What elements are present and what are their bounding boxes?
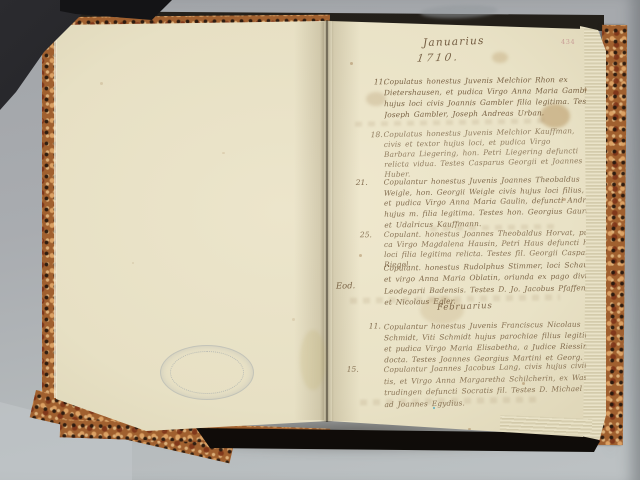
entry-day-number: 21. xyxy=(356,178,368,187)
month-header-januarius: Januarius xyxy=(423,35,485,49)
register-entry: 11. Copulatus honestus Juvenis Melchior … xyxy=(384,75,587,121)
register-entry: 21. Copulantur honestus Juvenis Joannes … xyxy=(384,174,587,231)
folio-number: 434 xyxy=(561,38,575,46)
entry-line: Joseph Gambler, Joseph Andreas Urban. xyxy=(384,107,586,120)
register-entry: 11. Copulantur honestus Juvenis Francisc… xyxy=(384,319,587,366)
year-heading: 1710. xyxy=(416,51,460,64)
entry-day-number: 15. xyxy=(347,365,359,374)
manuscript-text: Januarius 1710. 434 11. Copulatus honest… xyxy=(0,0,640,480)
entry-day-number: 11. xyxy=(369,321,381,330)
register-entry: 15. Copulantur Joannes Jacobus Lang, civ… xyxy=(384,360,587,410)
entry-day-number: 18. xyxy=(371,130,383,139)
entry-day-number: 25. xyxy=(360,230,372,239)
entry-day-number: Eod. xyxy=(336,280,355,290)
entry-day-number: 11. xyxy=(374,77,386,86)
month-header-februarius: Februarius xyxy=(437,301,493,313)
entry-line: loci filia legitima relicta. Testes fil.… xyxy=(384,248,586,260)
register-entry: 18. Copulatus honestus Juvenis Melchior … xyxy=(384,126,587,180)
photograph-open-register-book: Januarius 1710. 434 11. Copulatus honest… xyxy=(0,0,640,480)
